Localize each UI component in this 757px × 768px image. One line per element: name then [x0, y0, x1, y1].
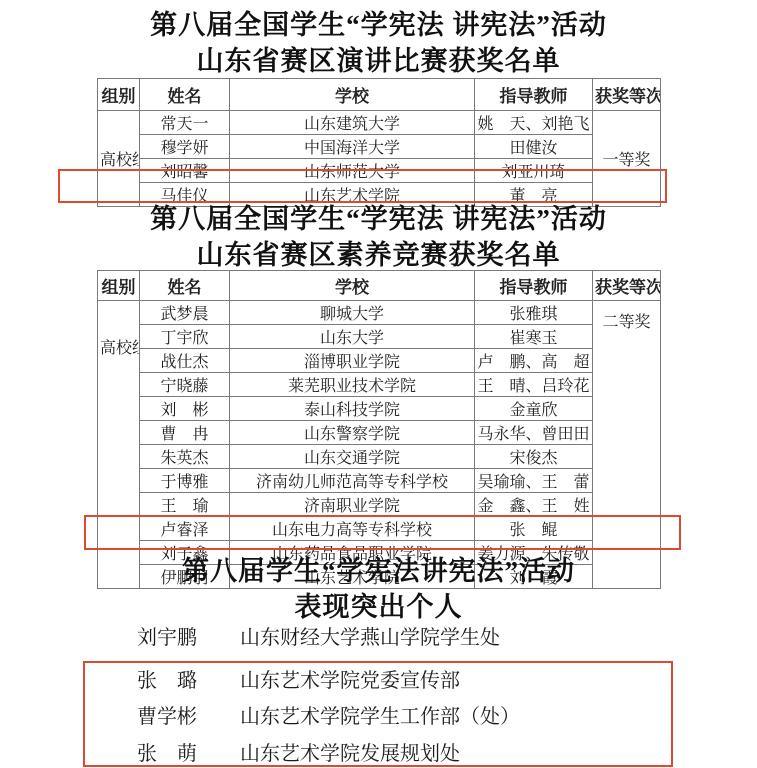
column-header-teacher: 指导教师 — [475, 79, 593, 111]
column-header-school: 学校 — [230, 79, 475, 111]
teacher-cell: 宋俊杰 — [475, 445, 593, 469]
school-cell: 山东电力高等专科学校 — [230, 517, 475, 541]
column-header-teacher: 指导教师 — [475, 271, 593, 301]
name-cell: 刘 彬 — [140, 397, 230, 421]
name-cell: 宁晓藤 — [140, 373, 230, 397]
speech-award-table-body: 高校组 常天一 山东建筑大学 姚 天、刘艳飞 一等奖 穆学妍 中国海洋大学 田健… — [98, 111, 661, 207]
teacher-cell: 王 晴、吕玲花 — [475, 373, 593, 397]
school-cell: 山东大学 — [230, 325, 475, 349]
column-header-name: 姓名 — [140, 271, 230, 301]
section3-title-line1: 第八届学生“学宪法讲宪法”活动 — [0, 554, 757, 588]
speech-award-table: 组别 姓名 学校 指导教师 获奖等次 高校组 常天一 山东建筑大学 姚 天、刘艳… — [97, 78, 661, 207]
list-item: 张 萌山东艺术学院发展规划处 — [137, 741, 460, 767]
speech-award-table-header: 组别 姓名 学校 指导教师 获奖等次 — [98, 79, 661, 111]
school-cell: 聊城大学 — [230, 301, 475, 325]
name-cell: 常天一 — [140, 111, 230, 135]
teacher-cell: 张 鲲 — [475, 517, 593, 541]
name-cell: 战仕杰 — [140, 349, 230, 373]
column-header-name: 姓名 — [140, 79, 230, 111]
table-row: 卢睿泽 山东电力高等专科学校 张 鲲 — [98, 517, 661, 541]
table-row: 刘 彬 泰山科技学院 金童欣 — [98, 397, 661, 421]
table-row: 刘昭馨 山东师范大学 刘亚川琦 — [98, 159, 661, 183]
person-name: 刘宇鹏 — [137, 625, 240, 651]
person-name: 张 璐 — [137, 668, 240, 694]
table-row: 丁宇欣 山东大学 崔寒玉 — [98, 325, 661, 349]
teacher-cell: 卢 鹏、高 超 — [475, 349, 593, 373]
list-item: 曹学彬山东艺术学院学生工作部（处） — [137, 704, 520, 730]
column-header-group: 组别 — [98, 271, 140, 301]
quiz-award-table: 组别 姓名 学校 指导教师 获奖等次 高校组 武梦晨 聊城大学 张雅琪 二等奖 … — [97, 270, 661, 589]
table-row: 穆学妍 中国海洋大学 田健汝 — [98, 135, 661, 159]
name-cell: 穆学妍 — [140, 135, 230, 159]
section2-title-line2: 山东省赛区素养竞赛获奖名单 — [0, 238, 757, 272]
table-row: 战仕杰 淄博职业学院 卢 鹏、高 超 — [98, 349, 661, 373]
group-cell: 高校组 — [98, 301, 140, 589]
section1-title-line2: 山东省赛区演讲比赛获奖名单 — [0, 44, 757, 78]
name-cell: 于博雅 — [140, 469, 230, 493]
teacher-cell: 姚 天、刘艳飞 — [475, 111, 593, 135]
name-cell: 丁宇欣 — [140, 325, 230, 349]
school-cell: 莱芜职业技术学院 — [230, 373, 475, 397]
table-row: 宁晓藤 莱芜职业技术学院 王 晴、吕玲花 — [98, 373, 661, 397]
school-cell: 山东建筑大学 — [230, 111, 475, 135]
school-cell: 山东交通学院 — [230, 445, 475, 469]
award-level-cell: 一等奖 — [593, 111, 661, 207]
column-header-school: 学校 — [230, 271, 475, 301]
teacher-cell: 张雅琪 — [475, 301, 593, 325]
teacher-cell: 金童欣 — [475, 397, 593, 421]
table-row: 于博雅 济南幼儿师范高等专科学校 吴瑜瑜、王 蕾 — [98, 469, 661, 493]
award-level-cell: 二等奖 — [593, 301, 661, 589]
document-page: 第八届全国学生“学宪法 讲宪法”活动 山东省赛区演讲比赛获奖名单 组别 姓名 学… — [0, 0, 757, 768]
column-header-award: 获奖等次 — [593, 271, 661, 301]
table-row: 朱英杰 山东交通学院 宋俊杰 — [98, 445, 661, 469]
section1-title-line1: 第八届全国学生“学宪法 讲宪法”活动 — [0, 8, 757, 42]
person-unit: 山东艺术学院党委宣传部 — [240, 670, 460, 692]
school-cell: 中国海洋大学 — [230, 135, 475, 159]
school-cell: 山东师范大学 — [230, 159, 475, 183]
table-row: 曹 冉 山东警察学院 马永华、曾田田 — [98, 421, 661, 445]
school-cell: 泰山科技学院 — [230, 397, 475, 421]
table-row: 王 瑜 济南职业学院 金 鑫、王 姓 — [98, 493, 661, 517]
column-header-group: 组别 — [98, 79, 140, 111]
column-header-award: 获奖等次 — [593, 79, 661, 111]
name-cell: 武梦晨 — [140, 301, 230, 325]
person-unit: 山东财经大学燕山学院学生处 — [240, 627, 500, 649]
teacher-cell: 金 鑫、王 姓 — [475, 493, 593, 517]
name-cell: 卢睿泽 — [140, 517, 230, 541]
list-item: 刘宇鹏山东财经大学燕山学院学生处 — [137, 625, 500, 651]
name-cell: 王 瑜 — [140, 493, 230, 517]
section2-title-line1: 第八届全国学生“学宪法 讲宪法”活动 — [0, 202, 757, 236]
teacher-cell: 崔寒玉 — [475, 325, 593, 349]
table-row: 高校组 常天一 山东建筑大学 姚 天、刘艳飞 一等奖 — [98, 111, 661, 135]
school-cell: 淄博职业学院 — [230, 349, 475, 373]
table-row: 高校组 武梦晨 聊城大学 张雅琪 二等奖 — [98, 301, 661, 325]
header-row: 组别 姓名 学校 指导教师 获奖等次 — [98, 271, 661, 301]
teacher-cell: 马永华、曾田田 — [475, 421, 593, 445]
teacher-cell: 田健汝 — [475, 135, 593, 159]
school-cell: 山东警察学院 — [230, 421, 475, 445]
school-cell: 济南幼儿师范高等专科学校 — [230, 469, 475, 493]
list-item: 张 璐山东艺术学院党委宣传部 — [137, 668, 460, 694]
group-cell: 高校组 — [98, 111, 140, 207]
person-name: 张 萌 — [137, 741, 240, 767]
teacher-cell: 吴瑜瑜、王 蕾 — [475, 469, 593, 493]
person-name: 曹学彬 — [137, 704, 240, 730]
school-cell: 济南职业学院 — [230, 493, 475, 517]
person-unit: 山东艺术学院学生工作部（处） — [240, 706, 520, 728]
section3-title-line2: 表现突出个人 — [0, 590, 757, 624]
teacher-cell: 刘亚川琦 — [475, 159, 593, 183]
quiz-award-table-header: 组别 姓名 学校 指导教师 获奖等次 — [98, 271, 661, 301]
name-cell: 朱英杰 — [140, 445, 230, 469]
person-unit: 山东艺术学院发展规划处 — [240, 743, 460, 765]
quiz-award-table-body: 高校组 武梦晨 聊城大学 张雅琪 二等奖 丁宇欣 山东大学 崔寒玉 战仕杰 淄博… — [98, 301, 661, 589]
header-row: 组别 姓名 学校 指导教师 获奖等次 — [98, 79, 661, 111]
name-cell: 曹 冉 — [140, 421, 230, 445]
name-cell: 刘昭馨 — [140, 159, 230, 183]
